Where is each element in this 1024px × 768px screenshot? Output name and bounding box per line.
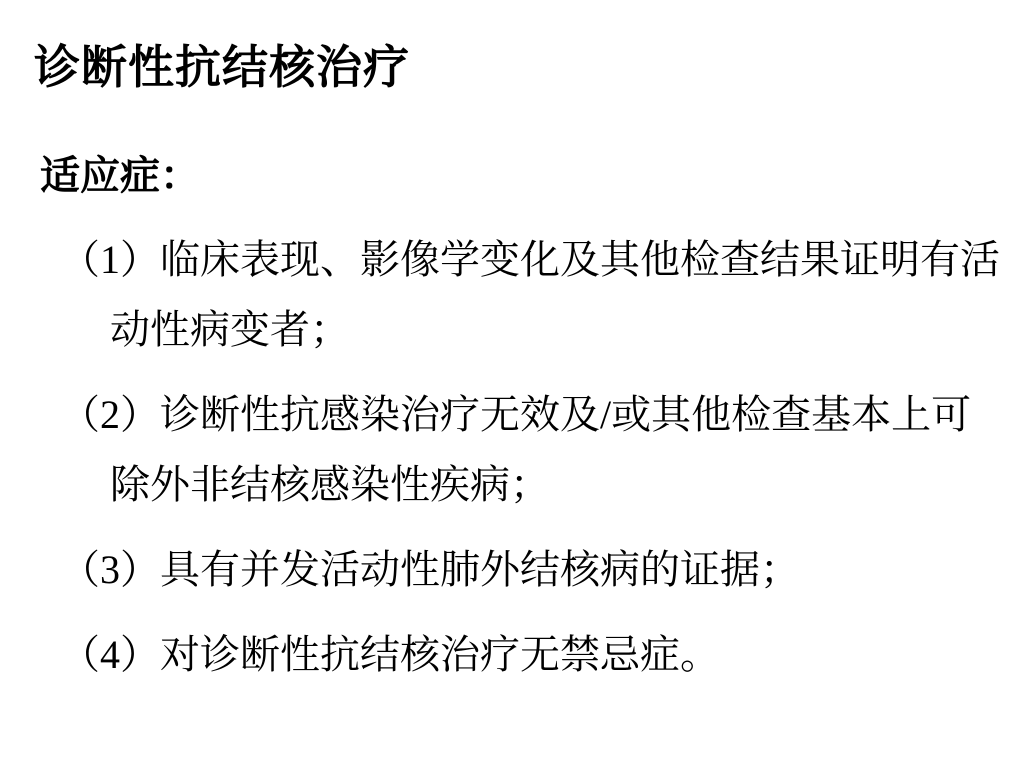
list-item: （1）临床表现、影像学变化及其他检查结果证明有活动性病变者； [60,225,1018,365]
list-item: （2）诊断性抗感染治疗无效及/或其他检查基本上可除外非结核感染性疾病； [60,380,1018,520]
item-line: （4）对诊断性抗结核治疗无禁忌症。 [60,620,1018,690]
indication-list: （1）临床表现、影像学变化及其他检查结果证明有活动性病变者；（2）诊断性抗感染治… [60,225,1018,690]
item-line: （2）诊断性抗感染治疗无效及/或其他检查基本上可 [60,380,1018,450]
slide: 诊断性抗结核治疗 适应症： （1）临床表现、影像学变化及其他检查结果证明有活动性… [0,0,1024,768]
indications-heading: 适应症： [0,153,1024,199]
item-line: （3）具有并发活动性肺外结核病的证据； [60,535,1018,605]
item-line: 除外非结核感染性疾病； [110,450,1018,520]
slide-title: 诊断性抗结核治疗 [0,0,1024,95]
list-item: （4）对诊断性抗结核治疗无禁忌症。 [60,620,1018,690]
item-line: 动性病变者； [110,295,1018,365]
list-item: （3）具有并发活动性肺外结核病的证据； [60,535,1018,605]
item-line: （1）临床表现、影像学变化及其他检查结果证明有活 [60,225,1018,295]
